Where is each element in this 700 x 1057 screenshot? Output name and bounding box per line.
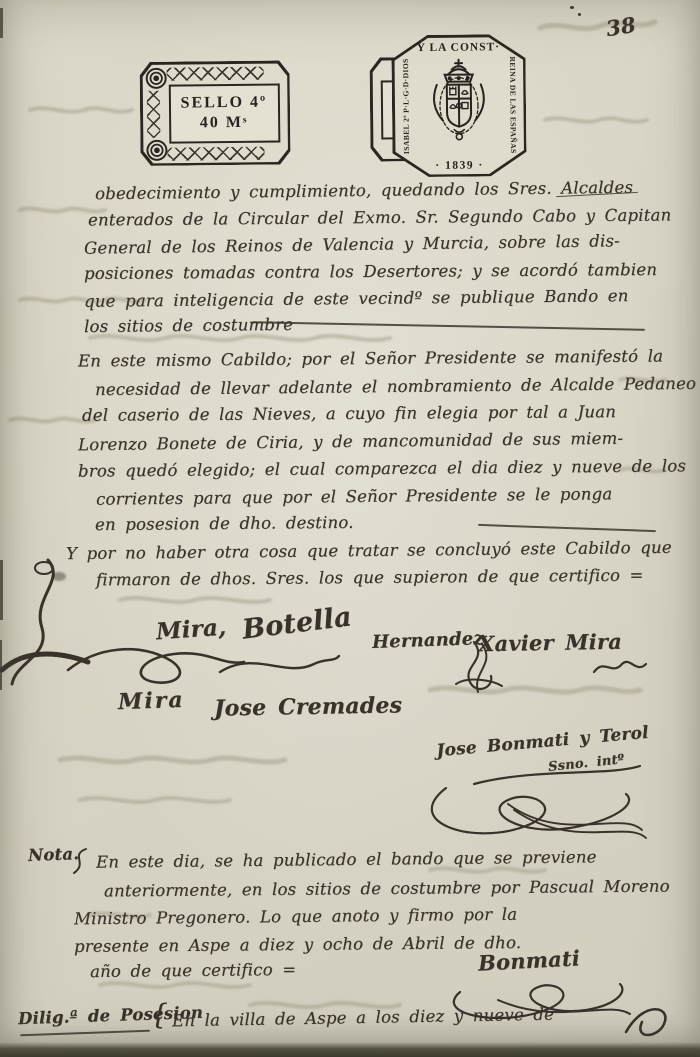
clerk-rubric-flourish [412, 752, 652, 848]
manuscript-line: posiciones tomadas contra los Desertores… [84, 260, 657, 283]
stamp-center-octagon-inner: Y LA CONST· ISABEL 2ª P·L·G·D·DIOS REINA… [394, 36, 524, 174]
tax-stamp: SELLO 4º 40 Mˢ AÑO DE 1839. Y LA [139, 34, 520, 180]
stamp-center-octagon: Y LA CONST· ISABEL 2ª P·L·G·D·DIOS REINA… [391, 34, 526, 177]
signature-rubric-flourish [62, 636, 342, 688]
stamp-corner-rosette-icon [146, 139, 167, 160]
stamp-ornament-strip [166, 66, 263, 80]
stamp-denomination-box-inner: SELLO 4º 40 Mˢ [142, 63, 288, 164]
coat-of-arms-icon [422, 57, 495, 158]
ink-speck [578, 13, 581, 16]
hernandez-rubric-flourish [448, 640, 508, 702]
xavier-mira-rubric-flourish [590, 656, 650, 682]
manuscript-line: los sitios de costumbre [84, 315, 293, 336]
stamp-legend-right: REINA DE LAS ESPAÑAS [507, 54, 517, 156]
stamp-legend-bottom: · 1839 · [395, 158, 524, 171]
stamp-denomination-box: SELLO 4º 40 Mˢ [140, 60, 291, 166]
ink-speck [570, 6, 574, 9]
folio-number: 38 [604, 12, 637, 41]
nota-line: año de que certifico = [90, 960, 296, 981]
signature-jose-cremades: Jose Cremades [214, 692, 403, 721]
nota-bracket-flourish [66, 846, 92, 878]
stamp-ornament-strip [146, 90, 159, 137]
stamp-legend-left: ISABEL 2ª P·L·G·D·DIOS [400, 51, 410, 161]
stamp-class-label: SELLO 4º [181, 94, 268, 113]
manuscript-line: en posesion de dho. destino. [95, 513, 354, 534]
diligencia-brace: { [150, 998, 168, 1031]
stamp-corner-rosette-icon [145, 67, 166, 88]
stamp-denomination-text: SELLO 4º 40 Mˢ [168, 83, 280, 143]
binding-edge-mark [0, 8, 3, 38]
stamp-price-label: 40 Mˢ [200, 114, 249, 132]
nota-line: presente en Aspe a diez y ocho de Abril … [74, 933, 521, 956]
manuscript-line: del caserio de las Nieves, a cuyo fin el… [82, 402, 616, 425]
signature-mira-2: Mira [118, 687, 185, 715]
manuscript-page: 38 SELLO 4º 40 Mˢ [0, 0, 700, 1057]
stamp-legend-top: Y LA CONST· [394, 40, 523, 53]
stamp-ornament-strip [167, 146, 264, 160]
page-bottom-shadow [0, 1042, 700, 1057]
diligencia-end-flourish [616, 996, 680, 1044]
